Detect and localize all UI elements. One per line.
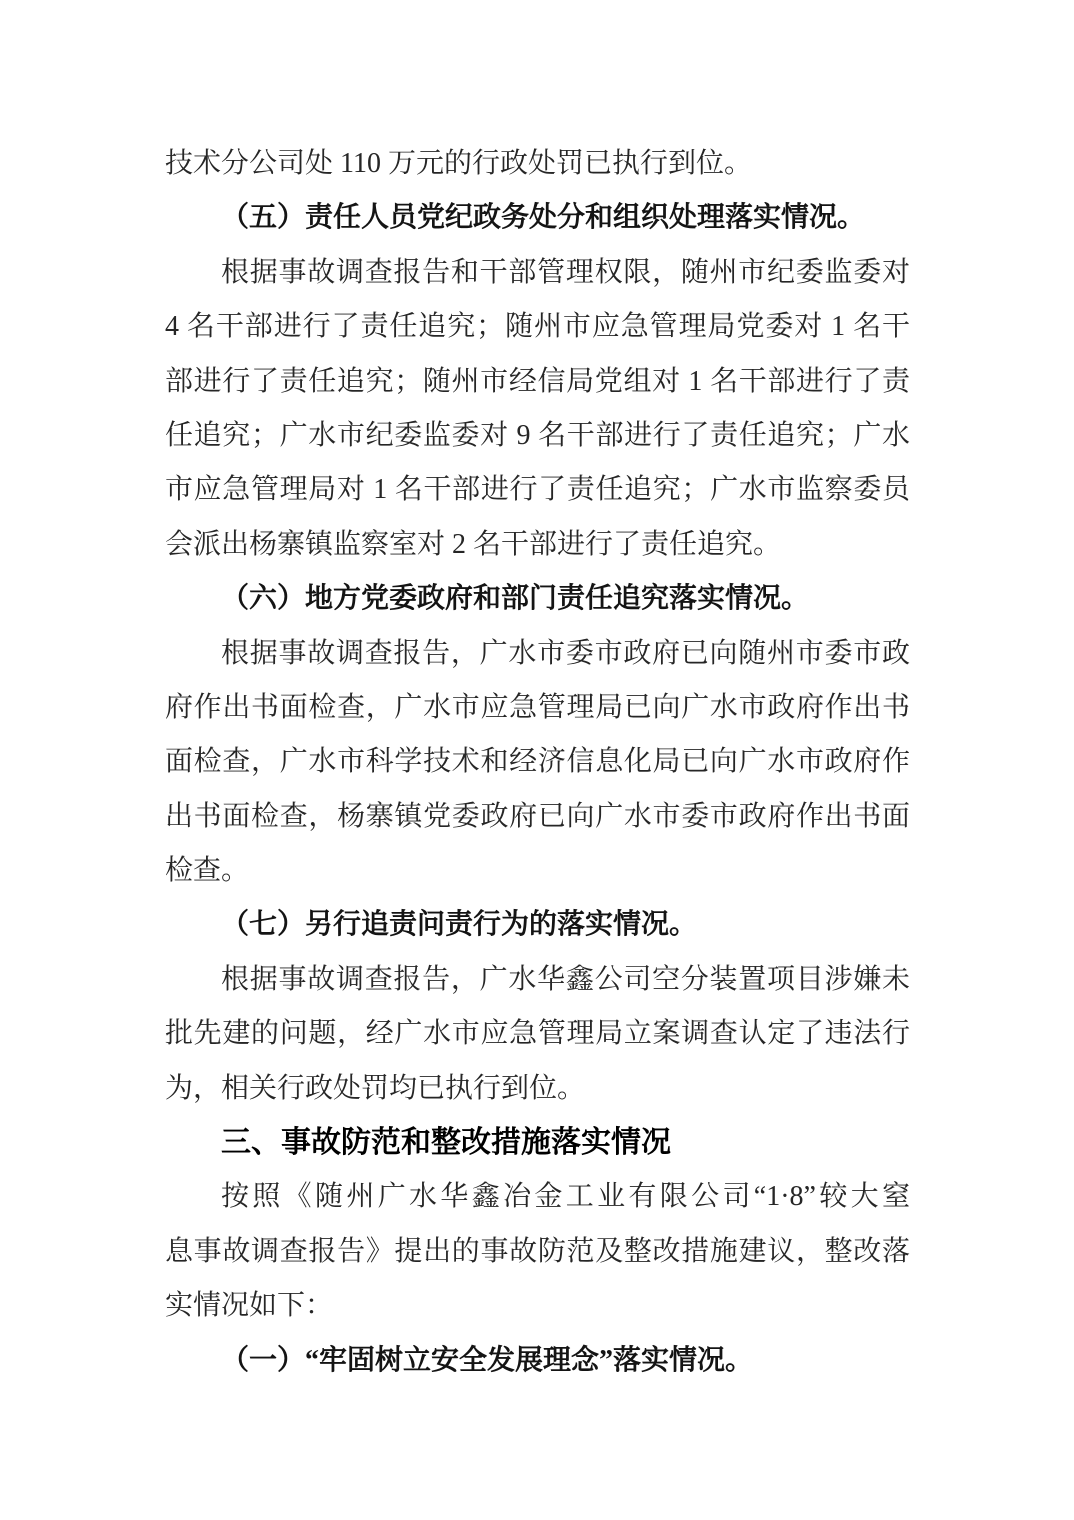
body-line: 会派出杨寨镇监察室对 2 名干部进行了责任追究。 bbox=[165, 518, 910, 572]
body-line: 出书面检查，杨寨镇党委政府已向广水市委市政府作出书面 bbox=[165, 790, 910, 844]
body-line: 息事故调查报告》提出的事故防范及整改措施建议，整改落 bbox=[165, 1225, 910, 1279]
body-line: 批先建的问题，经广水市应急管理局立案调查认定了违法行 bbox=[165, 1007, 910, 1061]
heading-section-5: （五）责任人员党纪政务处分和组织处理落实情况。 bbox=[165, 191, 910, 245]
heading-section-6: （六）地方党委政府和部门责任追究落实情况。 bbox=[165, 572, 910, 626]
body-line: 实情况如下： bbox=[165, 1279, 910, 1333]
body-line: 根据事故调查报告，广水华鑫公司空分装置项目涉嫌未 bbox=[165, 953, 910, 1007]
body-line: 任追究；广水市纪委监委对 9 名干部进行了责任追究；广水 bbox=[165, 409, 910, 463]
body-line: 技术分公司处 110 万元的行政处罚已执行到位。 bbox=[165, 137, 910, 191]
body-line: 府作出书面检查，广水市应急管理局已向广水市政府作出书 bbox=[165, 681, 910, 735]
body-line: 4 名干部进行了责任追究；随州市应急管理局党委对 1 名干 bbox=[165, 300, 910, 354]
body-line: 部进行了责任追究；随州市经信局党组对 1 名干部进行了责 bbox=[165, 355, 910, 409]
body-line: 检查。 bbox=[165, 844, 910, 898]
heading-part-3: 三、事故防范和整改措施落实情况 bbox=[165, 1116, 910, 1170]
page-text-content: 技术分公司处 110 万元的行政处罚已执行到位。 （五）责任人员党纪政务处分和组… bbox=[165, 137, 910, 1388]
body-line: 根据事故调查报告，广水市委市政府已向随州市委市政 bbox=[165, 627, 910, 681]
heading-section-1: （一）“牢固树立安全发展理念”落实情况。 bbox=[165, 1334, 910, 1388]
heading-section-7: （七）另行追责问责行为的落实情况。 bbox=[165, 898, 910, 952]
body-line: 面检查，广水市科学技术和经济信息化局已向广水市政府作 bbox=[165, 735, 910, 789]
body-line: 根据事故调查报告和干部管理权限，随州市纪委监委对 bbox=[165, 246, 910, 300]
body-line: 按照《随州广水华鑫冶金工业有限公司“1·8”较大窒 bbox=[165, 1170, 910, 1224]
document-page: 技术分公司处 110 万元的行政处罚已执行到位。 （五）责任人员党纪政务处分和组… bbox=[0, 0, 1074, 1520]
body-line: 为，相关行政处罚均已执行到位。 bbox=[165, 1062, 910, 1116]
body-line: 市应急管理局对 1 名干部进行了责任追究；广水市监察委员 bbox=[165, 463, 910, 517]
